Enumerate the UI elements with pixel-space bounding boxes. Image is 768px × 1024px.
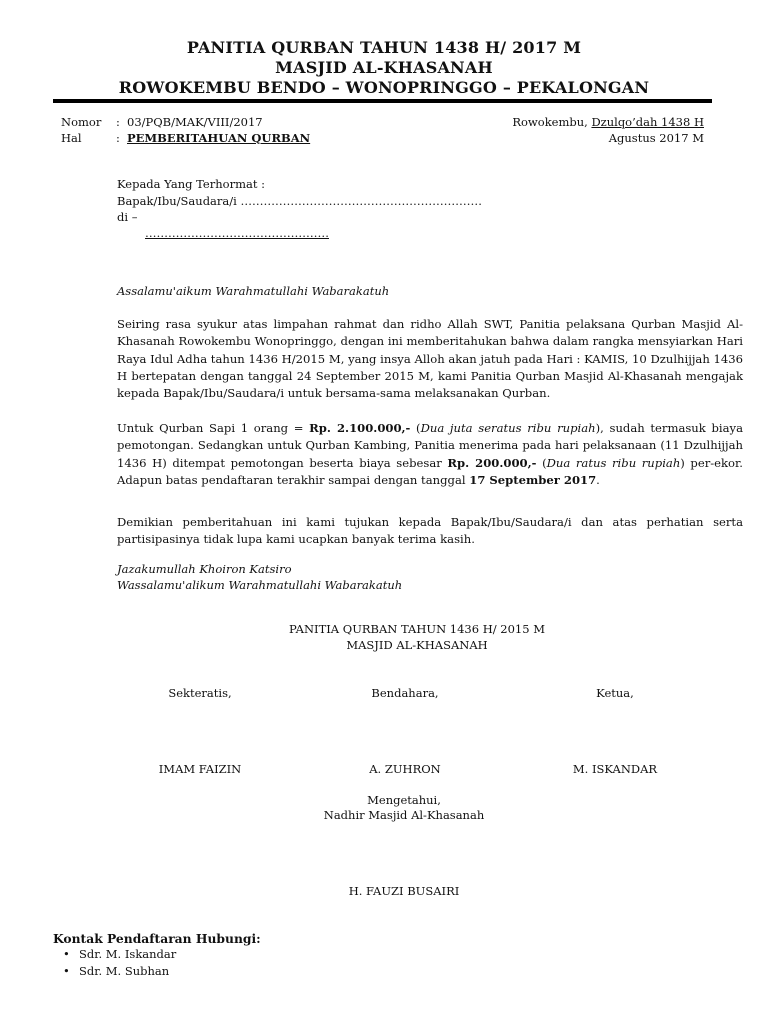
role-sekretaris-name: IMAM FAIZIN [140,762,260,776]
paragraph-announcement: Seiring rasa syukur atas limpahan rahmat… [117,316,743,402]
date-masehi: Agustus 2017 M [609,131,704,145]
role-sekretaris-title: Sekteratis, [150,686,250,700]
nomor-value: 03/PQB/MAK/VIII/2017 [127,115,263,129]
letterhead-title: PANITIA QURBAN TAHUN 1438 H/ 2017 M [0,38,768,57]
recipient-di: di – [117,210,137,224]
role-ketua-name: M. ISKANDAR [555,762,675,776]
letterhead-masjid: MASJID AL-KHASANAH [0,58,768,77]
paragraph-announcement-text: Seiring rasa syukur atas limpahan rahmat… [117,316,743,402]
contacts-list: Sdr. M. Iskandar Sdr. M. Subhan [53,947,176,981]
place-date: Rowokembu, Dzulqo’dah 1438 H [512,115,704,129]
registration-deadline: 17 September 2017 [469,473,596,487]
paragraph-closing-text: Demikian pemberitahuan ini kami tujukan … [117,514,743,549]
closing-salam: Wassalamu'alikum Warahmatullahi Wabaraka… [117,578,402,592]
paragraph-closing: Demikian pemberitahuan ini kami tujukan … [117,514,743,549]
contact-item: Sdr. M. Subhan [53,964,176,981]
role-bendahara-title: Bendahara, [340,686,470,700]
closing-jazakumullah: Jazakumullah Khoiron Katsiro [117,562,292,576]
price-sapi: Rp. 2.100.000,- [309,421,410,435]
recipient-greeting: Kepada Yang Terhormat : [117,177,265,191]
nadhir-name: H. FAUZI BUSAIRI [0,884,768,898]
nomor-label: Nomor [61,115,101,129]
hal-label: Hal [61,131,82,145]
price-sapi-words: Dua juta seratus ribu rupiah [421,421,596,435]
contact-item: Sdr. M. Iskandar [53,947,176,964]
signature-masjid: MASJID AL-KHASANAH [0,638,768,652]
place: Rowokembu, [512,115,587,129]
letterhead-address: ROWOKEMBU BENDO – WONOPRINGGO – PEKALONG… [0,78,768,97]
hal-value: PEMBERITAHUAN QURBAN [127,131,310,145]
date-hijri: Dzulqo’dah 1438 H [591,115,704,129]
pricing-text: . [596,473,600,487]
signature-org: PANITIA QURBAN TAHUN 1436 H/ 2015 M [0,622,768,636]
role-ketua-title: Ketua, [570,686,660,700]
letterhead-rule [53,99,712,103]
price-kambing: Rp. 200.000,- [447,456,536,470]
recipient-address-line: ………………………………………… [145,226,329,240]
hal-separator: : [116,131,120,145]
pricing-text: ( [410,421,420,435]
recipient-name-line: Bapak/Ibu/Saudara/i ……………………………………………………… [117,194,482,208]
nomor-separator: : [116,115,120,129]
pricing-text: Untuk Qurban Sapi 1 orang = [117,421,309,435]
paragraph-pricing: Untuk Qurban Sapi 1 orang = Rp. 2.100.00… [117,420,743,489]
role-bendahara-name: A. ZUHRON [340,762,470,776]
contacts-heading: Kontak Pendaftaran Hubungi: [53,931,261,946]
salam-opening: Assalamu'aikum Warahmatullahi Wabarakatu… [117,284,389,298]
acknowledge-nadhir: Nadhir Masjid Al-Khasanah [0,808,768,822]
price-kambing-words: Dua ratus ribu rupiah [547,456,681,470]
pricing-text: ( [536,456,546,470]
acknowledge-label: Mengetahui, [0,793,768,807]
